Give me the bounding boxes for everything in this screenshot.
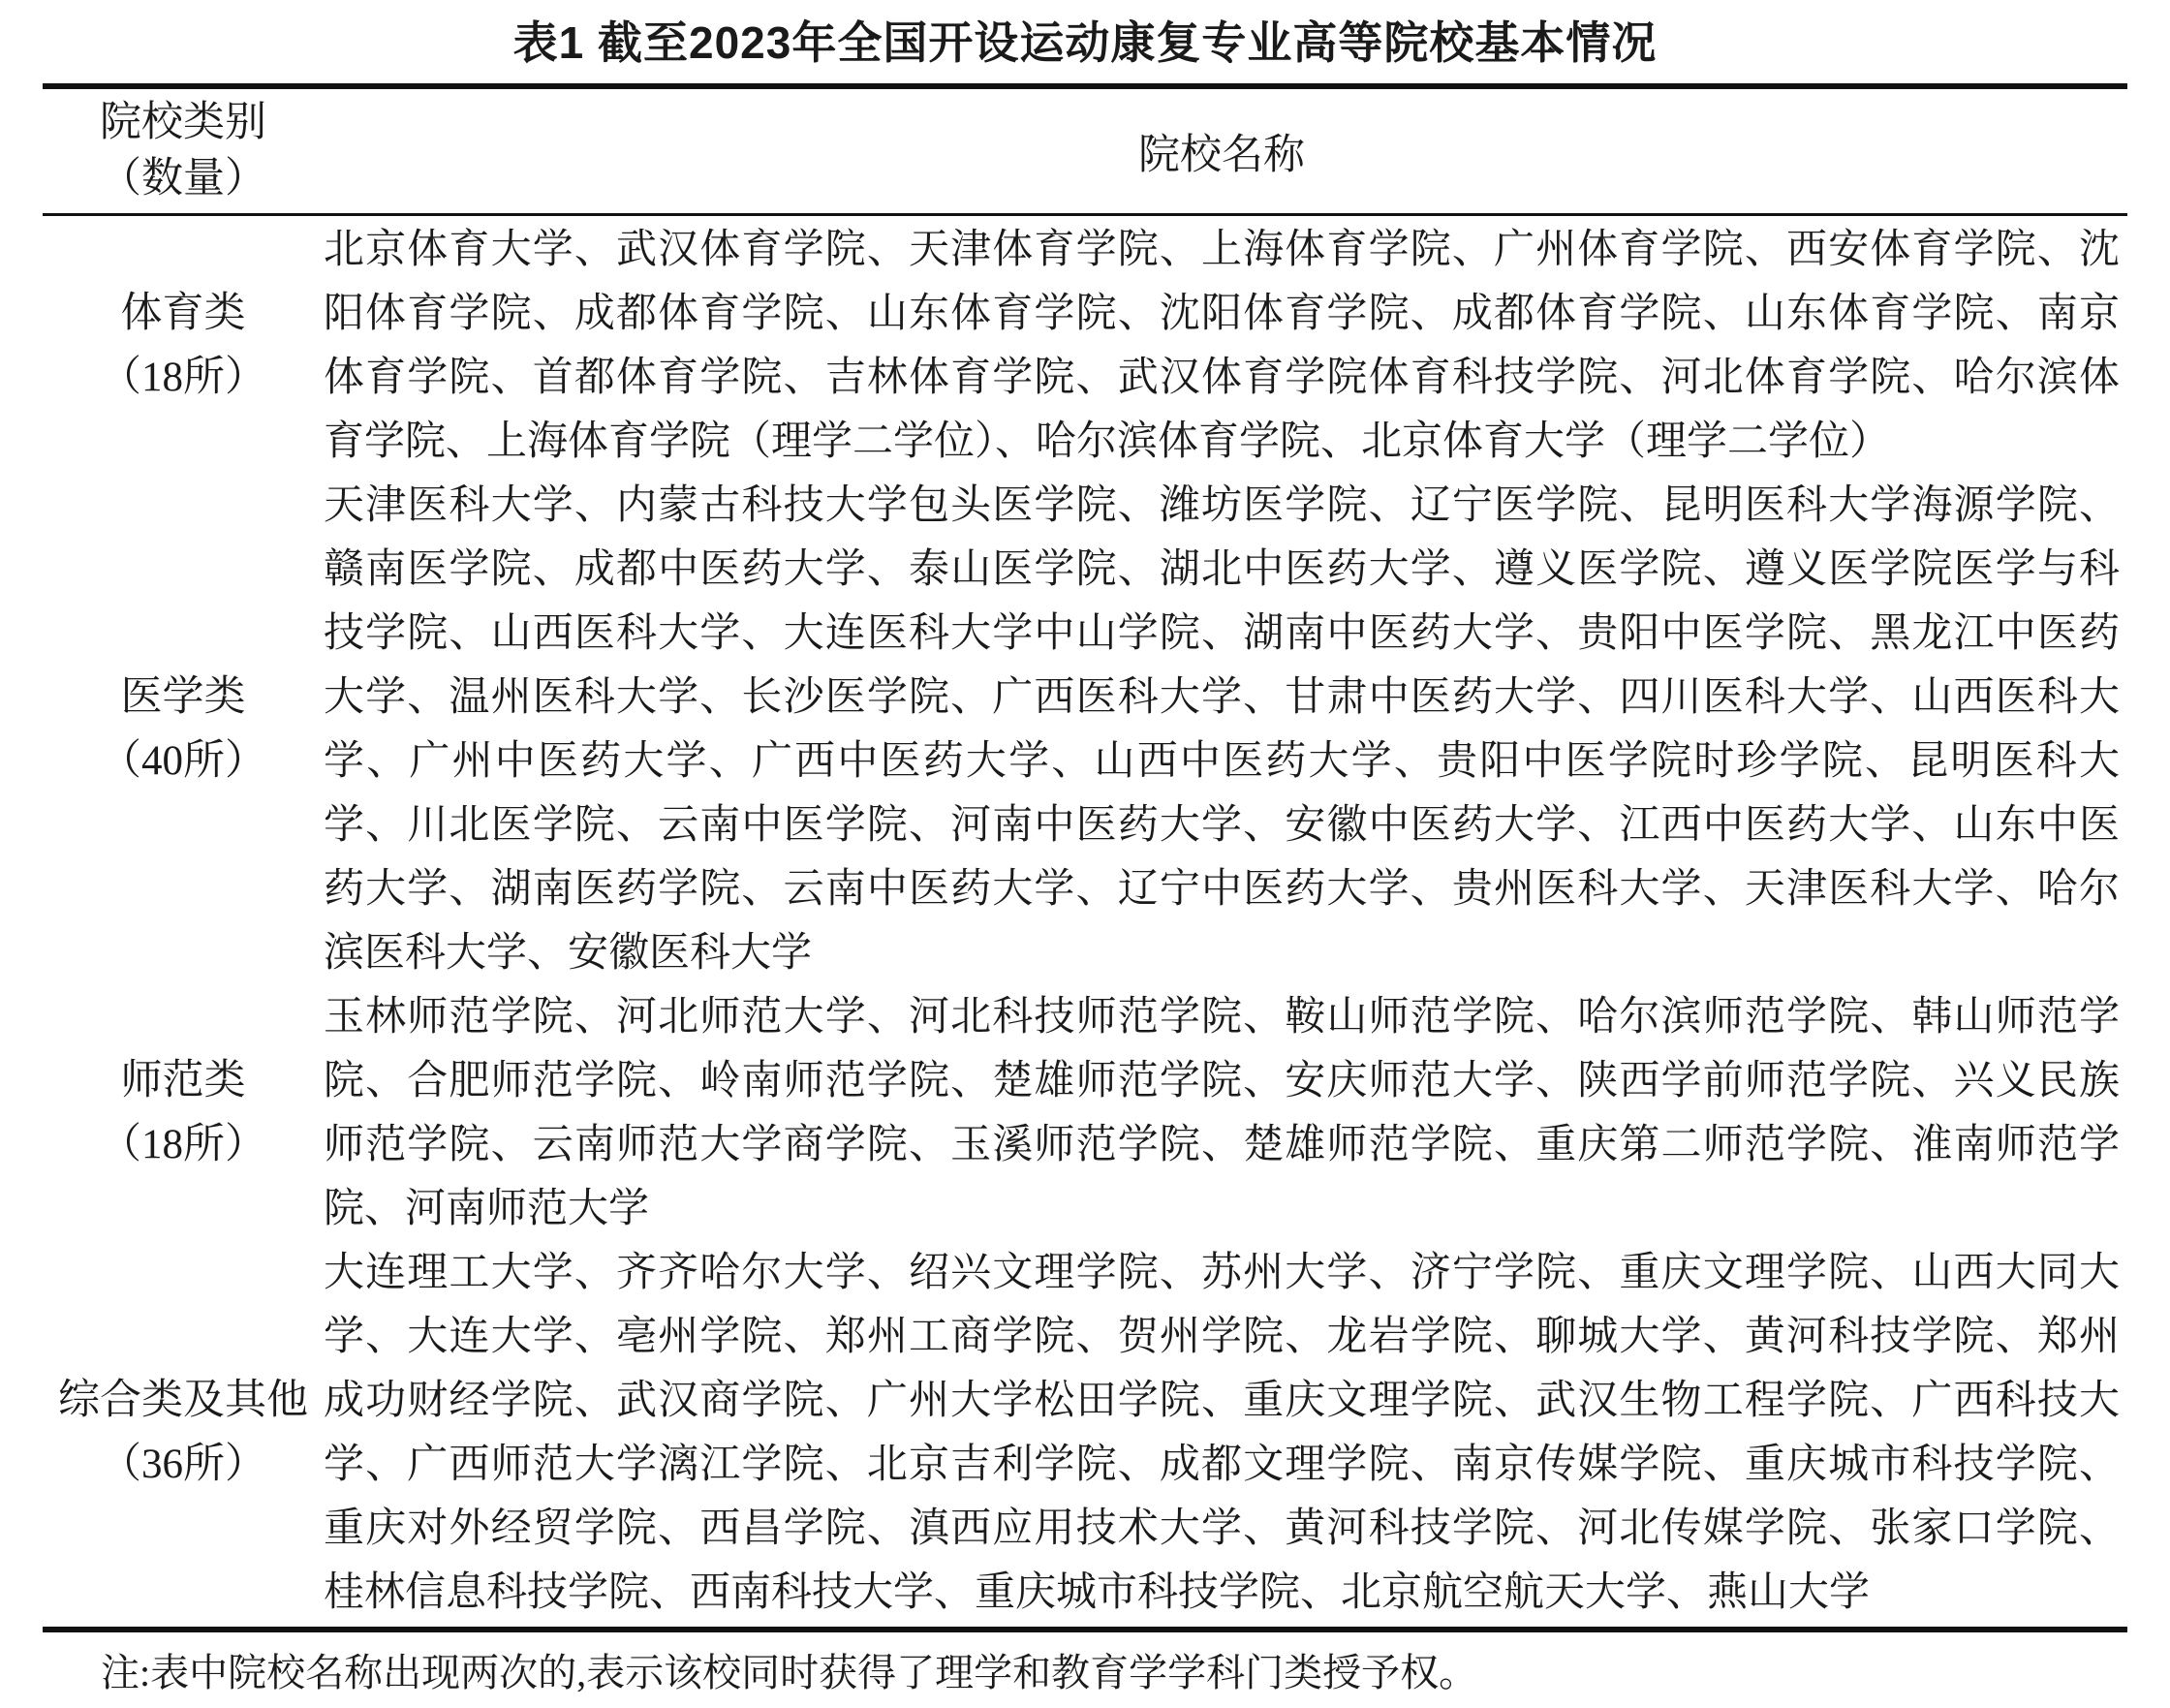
institution-line: 院、河南师范大学 [324,1177,2120,1241]
table-row-sports: 体育类 （18所） 北京体育大学、武汉体育学院、天津体育学院、上海体育学院、广州… [43,218,2120,474]
institution-line: 技学院、山西医科大学、大连医科大学中山学院、湖南中医药大学、贵阳中医学院、黑龙江… [324,602,2120,666]
institution-line: 体育学院、首都体育学院、吉林体育学院、武汉体育学院体育科技学院、河北体育学院、哈… [324,346,2120,410]
institution-line: 学、广西师范大学漓江学院、北京吉利学院、成都文理学院、南京传媒学院、重庆城市科技… [324,1433,2120,1497]
institution-line: 学、大连大学、亳州学院、郑州工商学院、贺州学院、龙岩学院、聊城大学、黄河科技学院… [324,1305,2120,1369]
institution-names-normal: 玉林师范学院、河北师范大学、河北科技师范学院、鞍山师范学院、哈尔滨师范学院、韩山… [324,985,2120,1241]
institution-line: 药大学、湖南医药学院、云南中医药大学、辽宁中医药大学、贵州医科大学、天津医科大学… [324,857,2120,921]
category-count: （40所） [43,730,324,793]
institution-line: 桂林信息科技学院、西南科技大学、重庆城市科技学院、北京航空航天大学、燕山大学 [324,1561,2120,1625]
institution-line: 学、广州中医药大学、广西中医药大学、山西中医药大学、贵阳中医学院时珍学院、昆明医… [324,730,2120,793]
table-row-medical: 医学类 （40所） 天津医科大学、内蒙古科技大学包头医学院、潍坊医学院、辽宁医学… [43,474,2120,985]
institution-line: 学、川北医学院、云南中医学院、河南中医药大学、安徽中医药大学、江西中医药大学、山… [324,793,2120,857]
institution-line: 阳体育学院、成都体育学院、山东体育学院、沈阳体育学院、成都体育学院、山东体育学院… [324,282,2120,346]
institution-line: 大连理工大学、齐齐哈尔大学、绍兴文理学院、苏州大学、济宁学院、重庆文理学院、山西… [324,1241,2120,1305]
category-cell-normal: 师范类 （18所） [43,1049,324,1177]
category-count: （36所） [43,1433,324,1497]
institution-line: 成功财经学院、武汉商学院、广州大学松田学院、重庆文理学院、武汉生物工程学院、广西… [324,1369,2120,1433]
institution-line: 大学、温州医科大学、长沙医学院、广西医科大学、甘肃中医药大学、四川医科大学、山西… [324,666,2120,730]
institution-line: 北京体育大学、武汉体育学院、天津体育学院、上海体育学院、广州体育学院、西安体育学… [324,218,2120,282]
table-bottom-rule [43,1627,2127,1632]
category-count: （18所） [43,346,324,410]
category-label: 师范类 [43,1049,324,1113]
category-cell-sports: 体育类 （18所） [43,282,324,410]
institution-names-sports: 北京体育大学、武汉体育学院、天津体育学院、上海体育学院、广州体育学院、西安体育学… [324,218,2120,474]
header-category-line1: 院校类别 [43,95,324,151]
category-label: 综合类及其他 [43,1369,324,1433]
institution-line: 天津医科大学、内蒙古科技大学包头医学院、潍坊医学院、辽宁医学院、昆明医科大学海源… [324,474,2120,538]
header-category-line2: （数量） [43,151,324,207]
header-names-cell: 院校名称 [324,122,2120,181]
table-row-normal: 师范类 （18所） 玉林师范学院、河北师范大学、河北科技师范学院、鞍山师范学院、… [43,985,2120,1241]
category-label: 医学类 [43,666,324,730]
category-cell-medical: 医学类 （40所） [43,666,324,793]
table-row-comprehensive: 综合类及其他 （36所） 大连理工大学、齐齐哈尔大学、绍兴文理学院、苏州大学、济… [43,1241,2120,1625]
institution-line: 院、合肥师范学院、岭南师范学院、楚雄师范学院、安庆师范大学、陕西学前师范学院、兴… [324,1049,2120,1113]
institution-line: 玉林师范学院、河北师范大学、河北科技师范学院、鞍山师范学院、哈尔滨师范学院、韩山… [324,985,2120,1049]
institution-line: 滨医科大学、安徽医科大学 [324,921,2120,985]
institution-line: 赣南医学院、成都中医药大学、泰山医学院、湖北中医药大学、遵义医学院、遵义医学院医… [324,538,2120,602]
table-title: 表1 截至2023年全国开设运动康复专业高等院校基本情况 [0,12,2170,74]
institution-line: 重庆对外经贸学院、西昌学院、滇西应用技术大学、黄河科技学院、河北传媒学院、张家口… [324,1497,2120,1561]
category-label: 体育类 [43,282,324,346]
category-count: （18所） [43,1113,324,1177]
institution-names-medical: 天津医科大学、内蒙古科技大学包头医学院、潍坊医学院、辽宁医学院、昆明医科大学海源… [324,474,2120,985]
header-category-cell: 院校类别 （数量） [43,95,324,207]
institution-line: 育学院、上海体育学院（理学二学位）、哈尔滨体育学院、北京体育大学（理学二学位） [324,410,2120,474]
table-header-row: 院校类别 （数量） 院校名称 [43,89,2120,213]
category-cell-comprehensive: 综合类及其他 （36所） [43,1369,324,1497]
institution-line: 师范学院、云南师范大学商学院、玉溪师范学院、楚雄师范学院、重庆第二师范学院、淮南… [324,1113,2120,1177]
institution-names-comprehensive: 大连理工大学、齐齐哈尔大学、绍兴文理学院、苏州大学、济宁学院、重庆文理学院、山西… [324,1241,2120,1625]
table-body: 体育类 （18所） 北京体育大学、武汉体育学院、天津体育学院、上海体育学院、广州… [0,216,2170,1627]
paper-table-figure: 表1 截至2023年全国开设运动康复专业高等院校基本情况 院校类别 （数量） 院… [0,0,2170,1698]
table-footnote: 注:表中院校名称出现两次的,表示该校同时获得了理学和教育学学科门类授予权。 [101,1648,2127,1698]
